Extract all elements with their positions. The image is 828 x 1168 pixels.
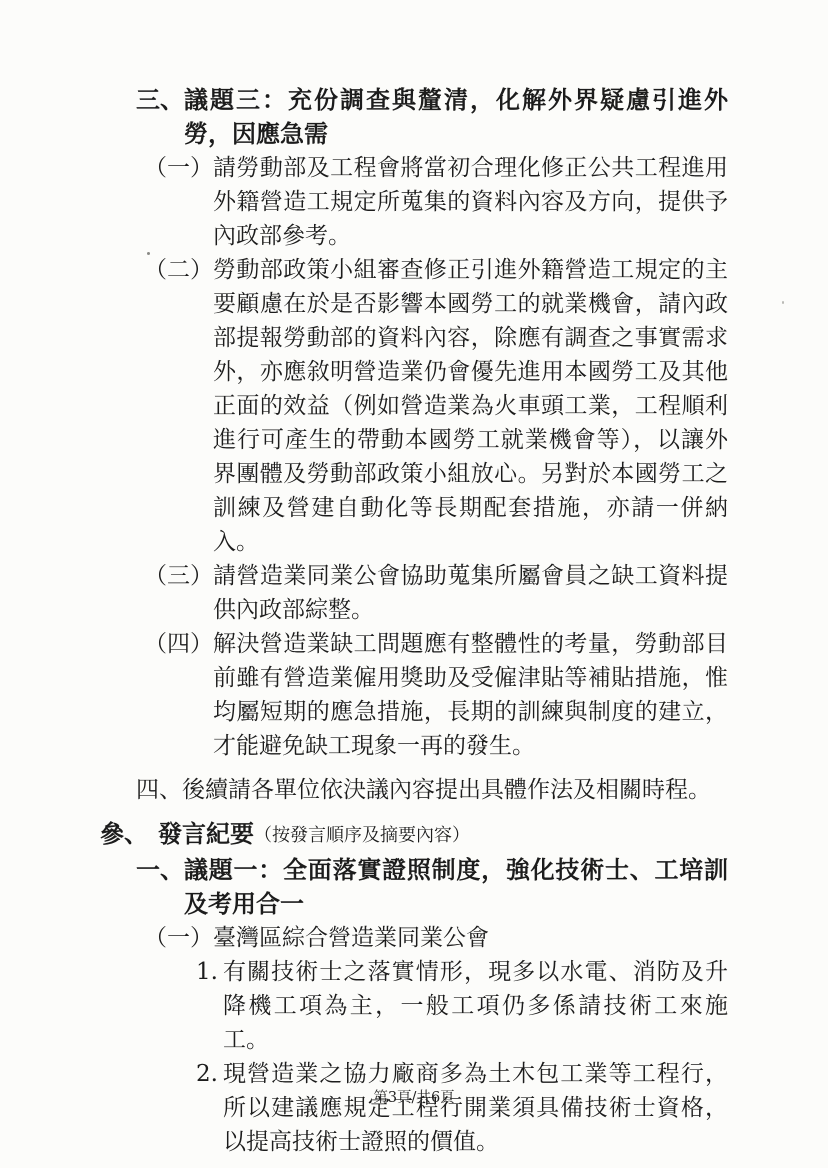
resolution-item-1: （一） 請勞動部及工程會將當初合理化修正公共工程進用外籍營造工規定所蒐集的資料內… (144, 151, 728, 253)
resolution-item-4: （四） 解決營造業缺工問題應有整體性的考量，勞動部目前雖有營造業僱用獎助及受僱津… (144, 627, 728, 763)
heading-topic3-text: 議題三：充份調查與釐清，化解外界疑慮引進外勞，因應急需 (184, 83, 728, 151)
heading-topic3: 三、 議題三：充份調查與釐清，化解外界疑慮引進外勞，因應急需 (136, 83, 728, 151)
resolution-item-4-text: 解決營造業缺工問題應有整體性的考量，勞動部目前雖有營造業僱用獎助及受僱津貼等補貼… (213, 627, 728, 763)
resolution-item-1-text: 請勞動部及工程會將當初合理化修正公共工程進用外籍營造工規定所蒐集的資料內容及方向… (213, 151, 728, 253)
remark-1: 1. 有關技術士之落實情形，現多以水電、消防及升降機工項為主，一般工項仍多係請技… (196, 955, 728, 1057)
page-number: 第3頁/共6頁 (0, 1086, 828, 1107)
heading-followup-text: 後續請各單位依決議內容提出具體作法及相關時程。 (182, 773, 728, 807)
section-remarks-title: 發言紀要 (158, 819, 254, 848)
section-remarks-number: 參、 (100, 817, 148, 851)
section-remarks-note: （按發言順序及摘要內容） (254, 825, 470, 846)
speaker-item-text: 臺灣區綜合營造業同業公會 (213, 921, 728, 955)
scan-speckle (782, 301, 784, 304)
resolution-item-1-number: （一） (144, 151, 213, 185)
scan-speckle (147, 252, 150, 255)
resolution-item-2: （二） 勞動部政策小組審查修正引進外籍營造工規定的主要顧慮在於是否影響本國勞工的… (144, 253, 728, 559)
remark-2: 2. 現營造業之協力廠商多為土木包工業等工程行，所以建議應規定工程行開業須具備技… (196, 1057, 728, 1159)
section-remarks-title-wrap: 發言紀要（按發言順序及摘要內容） (158, 817, 728, 853)
heading-topic1: 一、 議題一：全面落實證照制度，強化技術士、工培訓及考用合一 (136, 853, 728, 921)
heading-topic3-number: 三、 (136, 83, 184, 117)
resolution-item-3-text: 請營造業同業公會協助蒐集所屬會員之缺工資料提供內政部綜整。 (213, 559, 728, 627)
resolution-item-3: （三） 請營造業同業公會協助蒐集所屬會員之缺工資料提供內政部綜整。 (144, 559, 728, 627)
resolution-item-2-number: （二） (144, 253, 213, 287)
document-content: 三、 議題三：充份調查與釐清，化解外界疑慮引進外勞，因應急需 （一） 請勞動部及… (100, 83, 728, 1159)
heading-topic1-text: 議題一：全面落實證照制度，強化技術士、工培訓及考用合一 (184, 853, 728, 921)
heading-followup-number: 四、 (136, 773, 182, 807)
speaker-item-number: （一） (144, 921, 213, 955)
remark-2-text: 現營造業之協力廠商多為土木包工業等工程行，所以建議應規定工程行開業須具備技術士資… (223, 1057, 728, 1159)
resolution-item-2-text: 勞動部政策小組審查修正引進外籍營造工規定的主要顧慮在於是否影響本國勞工的就業機會… (213, 253, 728, 559)
resolution-item-3-number: （三） (144, 559, 213, 593)
speaker-item-association: （一） 臺灣區綜合營造業同業公會 (144, 921, 728, 955)
section-remarks-heading: 參、 發言紀要（按發言順序及摘要內容） (100, 817, 728, 853)
remark-1-text: 有關技術士之落實情形，現多以水電、消防及升降機工項為主，一般工項仍多係請技術工來… (223, 955, 728, 1057)
document-page: 三、 議題三：充份調查與釐清，化解外界疑慮引進外勞，因應急需 （一） 請勞動部及… (0, 0, 828, 1168)
remark-1-number: 1. (196, 955, 223, 989)
heading-followup: 四、 後續請各單位依決議內容提出具體作法及相關時程。 (136, 773, 728, 807)
resolution-item-4-number: （四） (144, 627, 213, 661)
heading-topic1-number: 一、 (136, 853, 184, 887)
